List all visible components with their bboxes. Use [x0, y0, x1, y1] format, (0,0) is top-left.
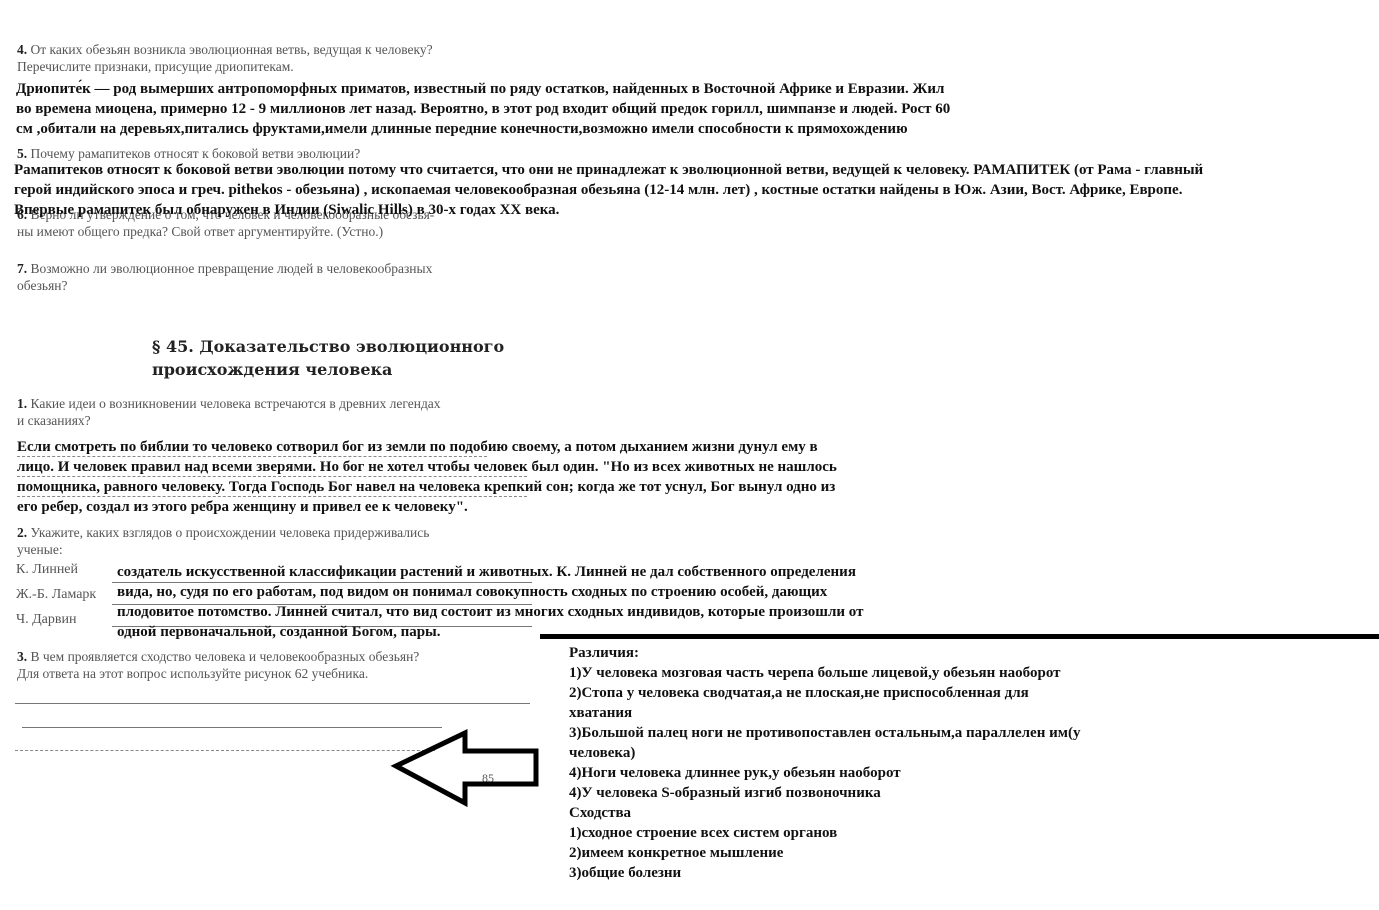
answer-line: его ребер, создал из этого ребра женщину… — [17, 497, 837, 517]
answer-line-rule — [17, 456, 487, 457]
question-text: и сказаниях? — [17, 412, 557, 429]
question-text: обезьян? — [17, 277, 557, 294]
section-answer-1: Если смотреть по библии то человеко сотв… — [17, 437, 837, 517]
answer-line: Дриопите́к — род вымерших антропоморфных… — [16, 79, 950, 99]
question-number: 5. — [17, 146, 27, 161]
answer-line: одной первоначальной, созданной Богом, п… — [117, 622, 863, 642]
answer-line: Рамапитеков относят к боковой ветви эвол… — [14, 160, 1203, 180]
section-answer-2: создатель искусственной классификации ра… — [117, 562, 863, 642]
question-text: Какие идеи о возникновении человека встр… — [31, 396, 441, 411]
difference-item: 2)Стопа у человека сводчатая,а не плоска… — [569, 683, 1080, 703]
similarities-title: Сходства — [569, 803, 1080, 823]
answer-line: Впервые рамапитек был обнаружен в Индии … — [14, 200, 1203, 220]
answer-line: создатель искусственной классификации ра… — [117, 562, 863, 582]
difference-item: 1)У человека мозговая часть черепа больш… — [569, 663, 1080, 683]
section-question-2: 2. Укажите, каких взглядов о происхожден… — [17, 524, 557, 558]
answer-5: Рамапитеков относят к боковой ветви эвол… — [14, 160, 1203, 220]
question-text: Почему рамапитеков относят к боковой вет… — [31, 146, 361, 161]
question-text: Перечислите признаки, присущие дриопитек… — [17, 58, 557, 75]
differences-title: Различия: — [569, 643, 1080, 663]
answer-line-rule — [17, 476, 527, 477]
question-text: В чем проявляется сходство человека и че… — [31, 649, 420, 664]
section-title-line: § 45. Доказательство эволюционного — [152, 335, 504, 358]
section-question-1: 1. Какие идеи о возникновении человека в… — [17, 395, 557, 429]
difference-item: 4)У человека S-образный изгиб позвоночни… — [569, 783, 1080, 803]
similarity-item: 2)имеем конкретное мышление — [569, 843, 1080, 863]
question-7: 7. Возможно ли эволюционное превращение … — [17, 260, 557, 294]
answer-line: во времена миоцена, примерно 12 - 9 милл… — [16, 99, 950, 119]
question-4: 4. От каких обезьян возникла эволюционна… — [17, 41, 557, 75]
difference-item: хватания — [569, 703, 1080, 723]
answer-line: вида, но, судя по его работам, под видом… — [117, 582, 863, 602]
question-number: 1. — [17, 396, 27, 411]
divider-bar — [540, 634, 1379, 639]
scientist-label-darwin: Ч. Дарвин — [16, 612, 76, 628]
answer-line: герой индийского эпоса и греч. pithekos … — [14, 180, 1203, 200]
section-title-line: происхождения человека — [152, 358, 504, 381]
answer-line-rule — [15, 750, 435, 751]
question-number: 4. — [17, 42, 27, 57]
answer-3: Различия: 1)У человека мозговая часть че… — [569, 643, 1080, 883]
difference-item: 3)Большой палец ноги не противопоставлен… — [569, 723, 1080, 743]
answer-line: Если смотреть по библии то человеко сотв… — [17, 437, 837, 457]
question-text: Возможно ли эволюционное превращение люд… — [31, 261, 433, 276]
answer-line: см ,обитали на деревьях,питались фруктам… — [16, 119, 950, 139]
answer-4: Дриопите́к — род вымерших антропоморфных… — [16, 79, 950, 139]
question-number: 2. — [17, 525, 27, 540]
similarity-item: 3)общие болезни — [569, 863, 1080, 883]
question-text: От каких обезьян возникла эволюционная в… — [31, 42, 433, 57]
question-text: ны имеют общего предка? Свой ответ аргум… — [17, 223, 557, 240]
scientist-label-linnaeus: К. Линней — [16, 562, 78, 578]
answer-line-rule — [22, 727, 442, 728]
answer-line: лицо. И человек правил над всеми зверями… — [17, 457, 837, 477]
section-question-3: 3. В чем проявляется сходство человека и… — [17, 648, 547, 682]
question-text: ученые: — [17, 541, 557, 558]
similarity-item: 1)сходное строение всех систем органов — [569, 823, 1080, 843]
scientist-label-lamarck: Ж.-Б. Ламарк — [16, 587, 96, 603]
difference-item: человека) — [569, 743, 1080, 763]
left-arrow-icon — [390, 728, 545, 808]
question-text: Укажите, каких взглядов о происхождении … — [31, 525, 430, 540]
section-title: § 45. Доказательство эволюционного проис… — [152, 335, 504, 381]
question-number: 7. — [17, 261, 27, 276]
difference-item: 4)Ноги человека длиннее рук,у обезьян на… — [569, 763, 1080, 783]
answer-line: плодовитое потомство. Линней считал, что… — [117, 602, 863, 622]
answer-line: помощника, равного человеку. Тогда Госпо… — [17, 477, 837, 497]
question-number: 3. — [17, 649, 27, 664]
question-text: Для ответа на этот вопрос используйте ри… — [17, 665, 547, 682]
answer-line-rule — [15, 703, 530, 704]
answer-line-rule — [17, 496, 527, 497]
